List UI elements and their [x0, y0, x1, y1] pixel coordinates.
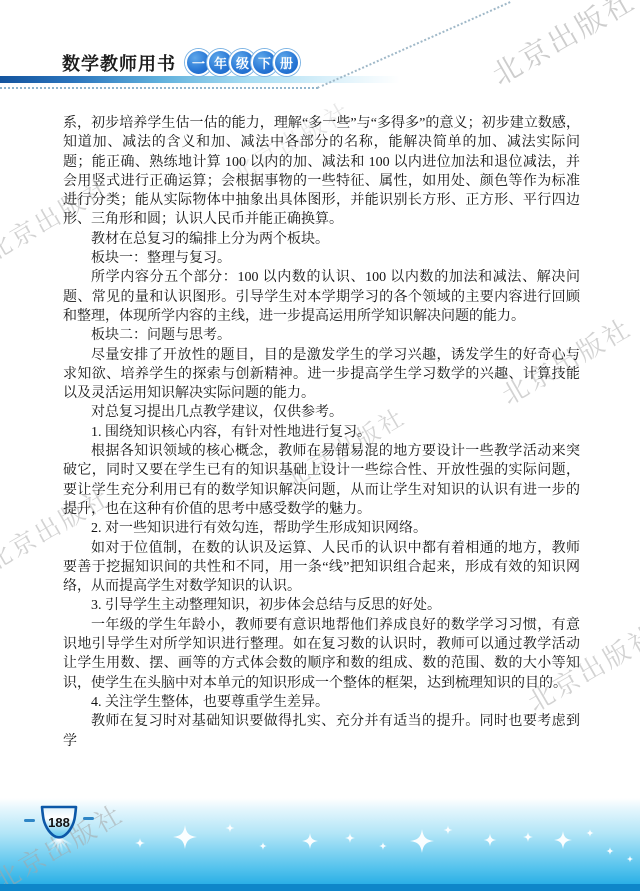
sparkle-star-icon: [135, 838, 145, 848]
sparkle-star-icon: [302, 833, 318, 849]
sparkle-star-icon: [173, 825, 197, 849]
sparkle-star-icon: [484, 834, 497, 847]
body-paragraph: 3. 引导学生主动整理知识，初步体会总结与反思的好处。: [63, 596, 580, 615]
body-paragraph: 教师在复习时对基础知识要做得扎实、充分并有适当的提升。同时也要考虑到学: [63, 712, 580, 751]
body-paragraph: 1. 围绕知识核心内容，有针对性地进行复习。: [63, 423, 580, 442]
page-number-badge: 188: [37, 803, 81, 843]
body-paragraph: 2. 对一些知识进行有效勾连，帮助学生形成知识网络。: [63, 519, 580, 538]
page-badge-dash-left: [24, 819, 35, 822]
body-paragraph: 对总复习提出几点教学建议，仅供参考。: [63, 403, 580, 422]
sparkle-star-icon: [410, 829, 434, 853]
sparkle-star-icon: [554, 831, 572, 849]
body-paragraph: 尽量安排了开放性的题目，目的是激发学生的学习兴趣，诱发学生的好奇心与求知欲、培养…: [63, 346, 580, 404]
sparkle-star-icon: [627, 856, 634, 863]
footer-bottom-strip: [0, 884, 640, 891]
publisher-watermark: 北京出版社: [483, 0, 640, 94]
sparkle-star-icon: [379, 842, 387, 850]
body-paragraph: 板块二：问题与思考。: [63, 326, 580, 345]
body-paragraph: 如对于位值制，在数的认识及运算、人民币的认识中都有着相通的地方，教师要善于挖掘知…: [63, 539, 580, 597]
sparkle-star-icon: [226, 824, 235, 833]
volume-badge: 一年级下册: [185, 49, 300, 76]
header-diagonal-dotted-line: [317, 1, 511, 89]
body-paragraph: 教材在总复习的编排上分为两个板块。: [63, 230, 580, 249]
body-paragraph: 4. 关注学生整体，也要尊重学生差异。: [63, 693, 580, 712]
sparkle-star-icon: [259, 842, 267, 850]
body-paragraph: 一年级的学生年龄小，教师要有意识地帮他们养成良好的数学学习习惯，有意识地引导学生…: [63, 616, 580, 693]
body-text: 系，初步培养学生估一估的能力，理解“多一些”与“多得多”的意义；初步建立数感，知…: [63, 114, 580, 751]
header-dotted-line: [0, 87, 318, 89]
sparkle-star-icon: [586, 829, 594, 837]
sparkle-star-icon: [444, 826, 453, 835]
volume-badge-char: 册: [273, 49, 300, 76]
body-paragraph: 所学内容分五个部分：100 以内数的认识、100 以内数的加法和减法、解决问题、…: [63, 268, 580, 326]
book-page: 数学教师用书 一年级下册 北京出版社北京出版社北京出版社北京出版社北京出版社北京…: [0, 0, 640, 891]
sparkle-star-icon: [523, 832, 533, 842]
body-paragraph: 板块一：整理与复习。: [63, 249, 580, 268]
body-paragraph: 系，初步培养学生估一估的能力，理解“多一些”与“多得多”的意义；初步建立数感，知…: [63, 114, 580, 230]
page-number: 188: [48, 815, 70, 830]
page-header: 数学教师用书 一年级下册: [62, 49, 300, 76]
footer-band: [0, 798, 640, 891]
sparkle-star-icon: [345, 833, 355, 843]
sparkle-star-icon: [606, 847, 614, 855]
body-paragraph: 根据各知识领域的核心概念，教师在易错易混的地方要设计一些教学活动来突破它，同时又…: [63, 442, 580, 519]
series-title: 数学教师用书: [62, 50, 176, 76]
page-badge-dash-right: [83, 817, 94, 820]
